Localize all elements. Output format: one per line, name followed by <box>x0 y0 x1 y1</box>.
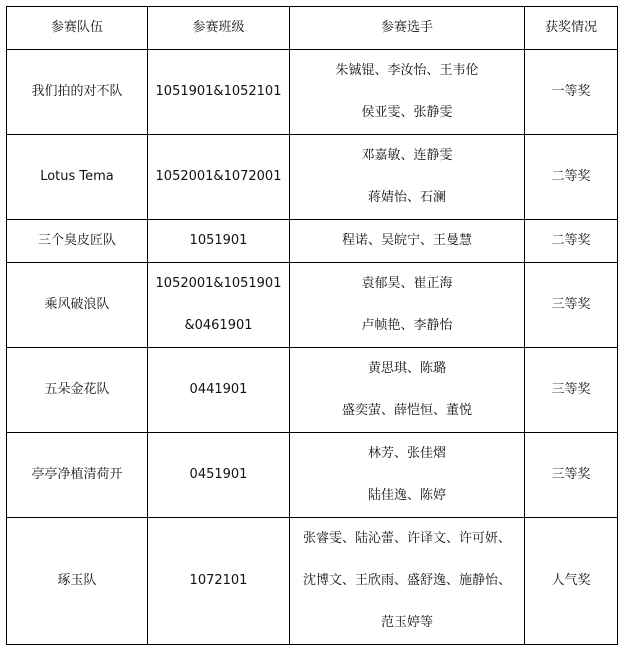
class-line: &0461901 <box>148 305 289 347</box>
class-line: 1052001&1072001 <box>148 156 289 198</box>
table-row: 三个臭皮匠队 1051901 程诺、吴皖宁、王曼慧 二等奖 <box>7 220 618 263</box>
class-cell: 1051901 <box>148 220 290 263</box>
award-table-container: 参赛队伍 参赛班级 参赛选手 获奖情况 我们拍的对不队 1051901&1052… <box>6 6 618 642</box>
member-line: 侯亚雯、张静雯 <box>290 92 524 134</box>
members-cell: 林芳、张佳熠 陆佳逸、陈婷 <box>290 433 525 518</box>
award-cell: 人气奖 <box>525 518 618 643</box>
award-cell: 二等奖 <box>525 220 618 263</box>
table-row: 乘风破浪队 1052001&1051901 &0461901 袁郁昊、崔正海 卢… <box>7 263 618 348</box>
member-line: 陆佳逸、陈婷 <box>290 475 524 517</box>
member-line: 黄思琪、陈璐 <box>290 348 524 390</box>
team-cell: 琢玉队 <box>7 518 148 643</box>
member-line: 朱铖锟、李汝怡、王韦伦 <box>290 50 524 92</box>
table-row: Lotus Tema 1052001&1072001 邓嘉敏、连静雯 蒋婧怡、石… <box>7 135 618 220</box>
members-cell: 邓嘉敏、连静雯 蒋婧怡、石澜 <box>290 135 525 220</box>
team-cell: 我们拍的对不队 <box>7 50 148 135</box>
members-cell: 黄思琪、陈璐 盛奕萤、薛恺恒、董悦 <box>290 348 525 433</box>
class-cell: 1051901&1052101 <box>148 50 290 135</box>
class-cell: 1052001&1051901 &0461901 <box>148 263 290 348</box>
class-line: 0451901 <box>148 454 289 496</box>
class-cell: 1072101 <box>148 518 290 643</box>
class-cell: 0451901 <box>148 433 290 518</box>
header-award: 获奖情况 <box>525 7 618 50</box>
member-line: 沈博文、王欣雨、盛舒逸、施静怡、 <box>290 560 524 602</box>
table-row: 五朵金花队 0441901 黄思琪、陈璐 盛奕萤、薛恺恒、董悦 三等奖 <box>7 348 618 433</box>
award-cell: 三等奖 <box>525 263 618 348</box>
class-line: 1052001&1051901 <box>148 263 289 305</box>
class-line: 1072101 <box>148 560 289 602</box>
team-cell: 三个臭皮匠队 <box>7 220 148 263</box>
team-cell: 五朵金花队 <box>7 348 148 433</box>
table-row: 我们拍的对不队 1051901&1052101 朱铖锟、李汝怡、王韦伦 侯亚雯、… <box>7 50 618 135</box>
table-row: 琢玉队 1072101 张睿雯、陆沁蕾、许译文、许可妍、 沈博文、王欣雨、盛舒逸… <box>7 518 618 643</box>
member-line: 范玉婷等 <box>290 602 524 642</box>
award-cell: 三等奖 <box>525 348 618 433</box>
members-cell: 张睿雯、陆沁蕾、许译文、许可妍、 沈博文、王欣雨、盛舒逸、施静怡、 范玉婷等 <box>290 518 525 643</box>
class-line: 0441901 <box>148 369 289 411</box>
members-cell: 程诺、吴皖宁、王曼慧 <box>290 220 525 263</box>
header-members: 参赛选手 <box>290 7 525 50</box>
table-row: 亭亭净植清荷开 0451901 林芳、张佳熠 陆佳逸、陈婷 三等奖 <box>7 433 618 518</box>
member-line: 林芳、张佳熠 <box>290 433 524 475</box>
member-line: 袁郁昊、崔正海 <box>290 263 524 305</box>
member-line: 卢帧艳、李静怡 <box>290 305 524 347</box>
class-line: 1051901&1052101 <box>148 71 289 113</box>
member-line: 盛奕萤、薛恺恒、董悦 <box>290 390 524 432</box>
team-cell: 乘风破浪队 <box>7 263 148 348</box>
member-line: 邓嘉敏、连静雯 <box>290 135 524 177</box>
class-cell: 1052001&1072001 <box>148 135 290 220</box>
member-line: 程诺、吴皖宁、王曼慧 <box>290 220 524 262</box>
members-cell: 袁郁昊、崔正海 卢帧艳、李静怡 <box>290 263 525 348</box>
member-line: 张睿雯、陆沁蕾、许译文、许可妍、 <box>290 518 524 560</box>
award-cell: 三等奖 <box>525 433 618 518</box>
award-table: 参赛队伍 参赛班级 参赛选手 获奖情况 我们拍的对不队 1051901&1052… <box>6 6 618 642</box>
team-cell: 亭亭净植清荷开 <box>7 433 148 518</box>
header-row: 参赛队伍 参赛班级 参赛选手 获奖情况 <box>7 7 618 50</box>
class-cell: 0441901 <box>148 348 290 433</box>
award-cell: 一等奖 <box>525 50 618 135</box>
header-team: 参赛队伍 <box>7 7 148 50</box>
header-class: 参赛班级 <box>148 7 290 50</box>
member-line: 蒋婧怡、石澜 <box>290 177 524 219</box>
class-line: 1051901 <box>148 220 289 262</box>
award-cell: 二等奖 <box>525 135 618 220</box>
members-cell: 朱铖锟、李汝怡、王韦伦 侯亚雯、张静雯 <box>290 50 525 135</box>
team-cell: Lotus Tema <box>7 135 148 220</box>
